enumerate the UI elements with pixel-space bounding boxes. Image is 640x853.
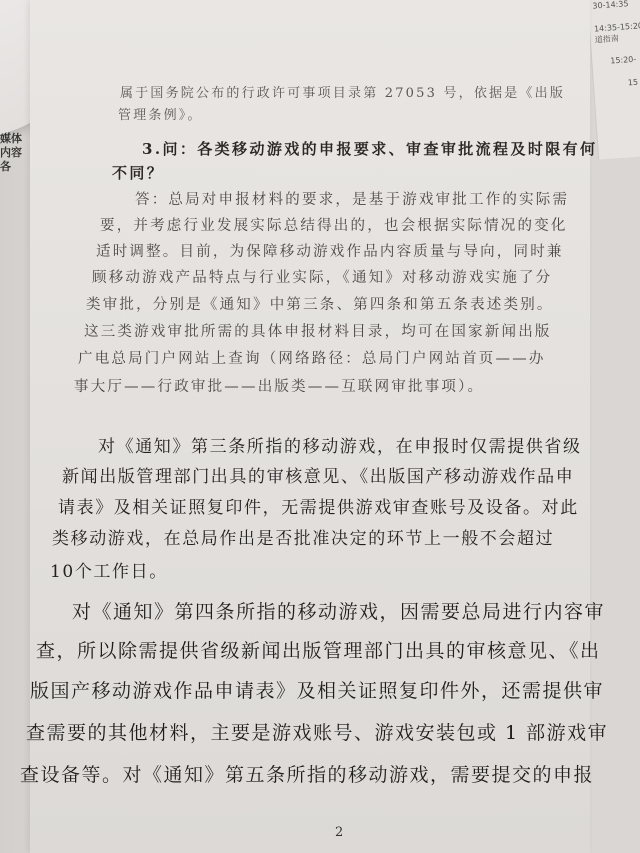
text-line: 属于国务院公布的行政许可事项目录第 27053 号，依据是《出版	[120, 82, 565, 101]
page-number: 2	[335, 825, 343, 840]
body-line: 对《通知》第四条所指的移动游戏，因需要总局进行内容审	[72, 597, 605, 624]
body-line: 新闻出版管理部门出具的审核意见、《出版国产移动游戏作品申	[62, 462, 574, 487]
body-line: 查设备等。对《通知》第五条所指的移动游戏，需要提交的申报	[20, 760, 594, 787]
answer-line: 答：总局对申报材料的要求，是基于游戏审批工作的实际需	[135, 188, 569, 209]
body-line: 对《通知》第三条所指的移动游戏，在申报时仅需提供省级	[98, 432, 582, 457]
answer-line: 适时调整。目前，为保障移动游戏作品内容质量与导向，同时兼	[96, 240, 564, 261]
document-page: 属于国务院公布的行政许可事项目录第 27053 号，依据是《出版 管理条例》。 …	[30, 0, 590, 853]
right-background-sheet: 30-14:35 14:35-15:20 道指南 15:20- 15	[587, 0, 640, 160]
body-line: 10个工作日。	[50, 557, 168, 582]
answer-line: 这三类游戏审批所需的具体申报材料目录，均可在国家新闻出版	[84, 320, 552, 341]
question-heading: 3.问：各类移动游戏的申报要求、审查审批流程及时限有何	[142, 138, 597, 159]
schedule-fragment: 15	[598, 77, 640, 89]
question-heading: 不同？	[112, 162, 164, 183]
answer-line: 顾移动游戏产品特点与行业实际，《通知》对移动游戏实施了分	[92, 266, 552, 287]
body-line: 查，所以除需提供省级新闻出版管理部门出具的审核意见、《出	[36, 636, 601, 663]
body-line: 查需要的其他材料，主要是游戏账号、游戏安装包或 1 部游戏审	[26, 718, 608, 745]
body-line: 类移动游戏，在总局作出是否批准决定的环节上一般不会超过	[52, 524, 554, 549]
answer-line: 类审批，分别是《通知》中第三条、第四条和第五条表述类别。	[86, 293, 554, 314]
answer-line: 广电总局门户网站上查询（网络路径：总局门户网站首页——办	[78, 347, 546, 368]
schedule-fragment: 15:20-	[596, 54, 640, 66]
left-sheet-fragment: 各	[0, 160, 30, 174]
schedule-fragment: 30-14:35	[592, 0, 640, 11]
left-sheet-fragment: 媒体	[0, 132, 30, 146]
text-line: 管理条例》。	[118, 104, 203, 123]
body-line: 版国产移动游戏作品申请表》及相关证照复印件外，还需提供审	[30, 676, 604, 703]
body-line: 请表》及相关证照复印件，无需提供游戏审查账号及设备。对此	[58, 493, 579, 518]
left-sheet-fragment: 内容	[0, 146, 30, 160]
answer-line: 要，并考虑行业发展实际总结得出的，也会根据实际情况的变化	[100, 214, 568, 235]
schedule-fragment: 道指南	[594, 31, 640, 45]
answer-line: 事大厅——行政审批——出版类——互联网审批事项）。	[74, 375, 484, 396]
